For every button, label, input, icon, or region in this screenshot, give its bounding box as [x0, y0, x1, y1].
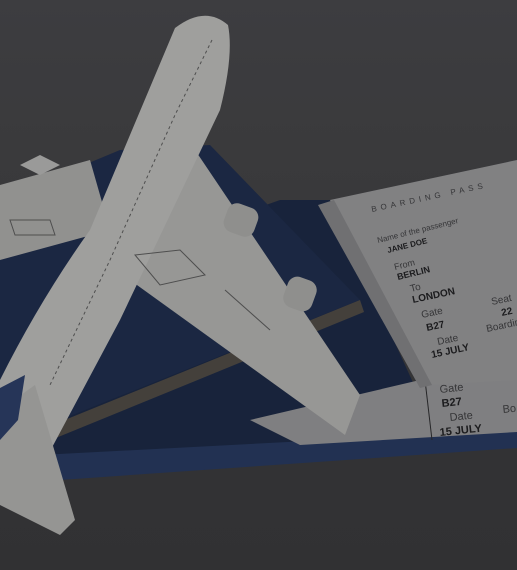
photo-illustration: Gate B27 Date 15 JULY Bo BOARDING PASS N…	[0, 0, 517, 570]
photo-scene: Gate B27 Date 15 JULY Bo BOARDING PASS N…	[0, 0, 517, 570]
bottom-boarding-label: Bo	[502, 403, 517, 416]
bottom-gate-value: B27	[441, 396, 462, 410]
bottom-date-label: Date	[449, 410, 473, 424]
